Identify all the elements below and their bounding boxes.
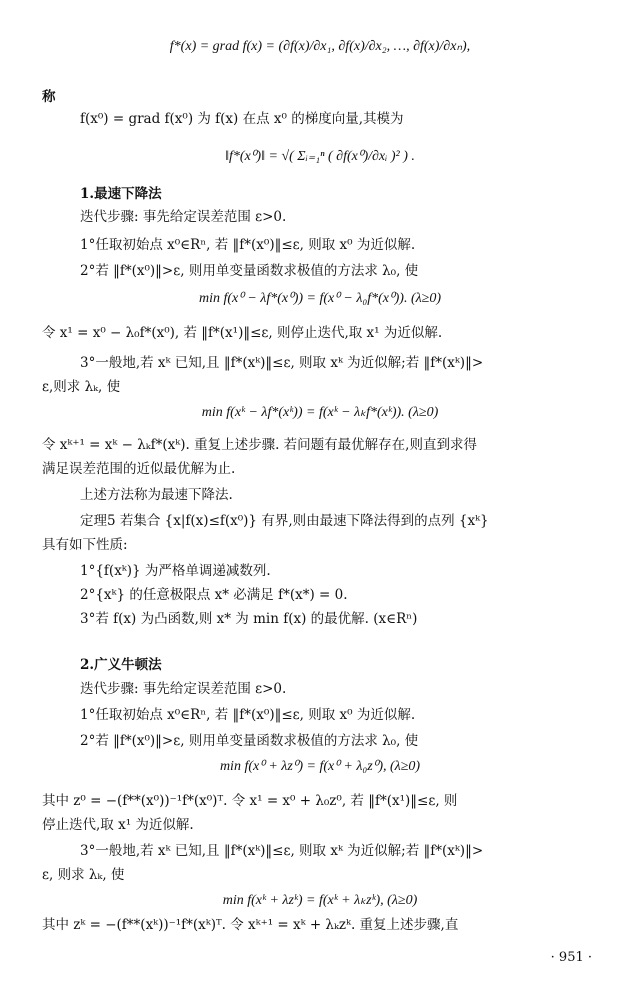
text-line: 其中 z⁰ = −(f**(x⁰))⁻¹f*(x⁰)ᵀ. 令 x¹ = x⁰ +… <box>42 792 457 810</box>
text-line: 3°若 f(x) 为凸函数,则 x* 为 min f(x) 的最优解. (x∈R… <box>80 610 417 628</box>
text-line: ε,则求 λₖ, 使 <box>42 378 120 396</box>
text-line: 2°若 ‖f*(x⁰)‖>ε, 则用单变量函数求极值的方法求 λ₀, 使 <box>80 262 418 280</box>
text-line: f(x⁰) = grad f(x⁰) 为 f(x) 在点 x⁰ 的梯度向量,其模… <box>80 110 404 128</box>
text-line: 定理5 若集合 {x|f(x)≤f(x⁰)} 有界,则由最速下降法得到的点列 {… <box>80 512 489 530</box>
text-line: 2°若 ‖f*(x⁰)‖>ε, 则用单变量函数求极值的方法求 λ₀, 使 <box>80 732 418 750</box>
text-line: 1°{f(xᵏ)} 为严格单调递减数列. <box>80 562 271 580</box>
text-line: 3°一般地,若 xᵏ 已知,且 ‖f*(xᵏ)‖≤ε, 则取 xᵏ 为近似解;若… <box>80 354 483 372</box>
equation: min f(x⁰ − λf*(x⁰)) = f(x⁰ − λ₀f*(x⁰)). … <box>0 290 640 308</box>
equation: min f(xᵏ − λf*(xᵏ)) = f(xᵏ − λₖf*(xᵏ)). … <box>0 404 640 422</box>
text-line: ε, 则求 λₖ, 使 <box>42 866 124 884</box>
text-line: 3°一般地,若 xᵏ 已知,且 ‖f*(xᵏ)‖≤ε, 则取 xᵏ 为近似解;若… <box>80 842 483 860</box>
text-line: 满足误差范围的近似最优解为止. <box>42 460 235 478</box>
text-line: 令 xᵏ⁺¹ = xᵏ − λₖf*(xᵏ). 重复上述步骤. 若问题有最优解存… <box>42 436 477 454</box>
text-line: 1°任取初始点 x⁰∈Rⁿ, 若 ‖f*(x⁰)‖≤ε, 则取 x⁰ 为近似解. <box>80 706 415 724</box>
text-line: 停止迭代,取 x¹ 为近似解. <box>42 816 194 834</box>
text-line: 迭代步骤: 事先给定误差范围 ε>0. <box>80 208 286 226</box>
equation: f*(x) = grad f(x) = (∂f(x)/∂x₁, ∂f(x)/∂x… <box>0 38 640 56</box>
text-line: 上述方法称为最速下降法. <box>80 486 233 504</box>
text-line: 1.最速下降法 <box>80 185 162 203</box>
text-line: 2.广义牛顿法 <box>80 656 162 674</box>
text-line: 称 <box>42 88 56 106</box>
equation: min f(xᵏ + λzᵏ) = f(xᵏ + λₖzᵏ), (λ≥0) <box>0 892 640 910</box>
equation: ‖f*(x⁰)‖ = √( Σᵢ₌₁ⁿ ( ∂f(x⁰)/∂xᵢ )² ) . <box>0 148 640 166</box>
text-line: 迭代步骤: 事先给定误差范围 ε>0. <box>80 680 286 698</box>
text-line: 具有如下性质: <box>42 536 128 554</box>
text-line: 令 x¹ = x⁰ − λ₀f*(x⁰), 若 ‖f*(x¹)‖≤ε, 则停止迭… <box>42 324 442 342</box>
text-line: 1°任取初始点 x⁰∈Rⁿ, 若 ‖f*(x⁰)‖≤ε, 则取 x⁰ 为近似解. <box>80 236 415 254</box>
equation: min f(x⁰ + λz⁰) = f(x⁰ + λ₀z⁰), (λ≥0) <box>0 758 640 776</box>
text-line: 2°{xᵏ} 的任意极限点 x* 必满足 f*(x*) = 0. <box>80 586 348 604</box>
text-line: 其中 zᵏ = −(f**(xᵏ))⁻¹f*(xᵏ)ᵀ. 令 xᵏ⁺¹ = xᵏ… <box>42 916 458 934</box>
page-number: · 951 · <box>551 950 592 965</box>
